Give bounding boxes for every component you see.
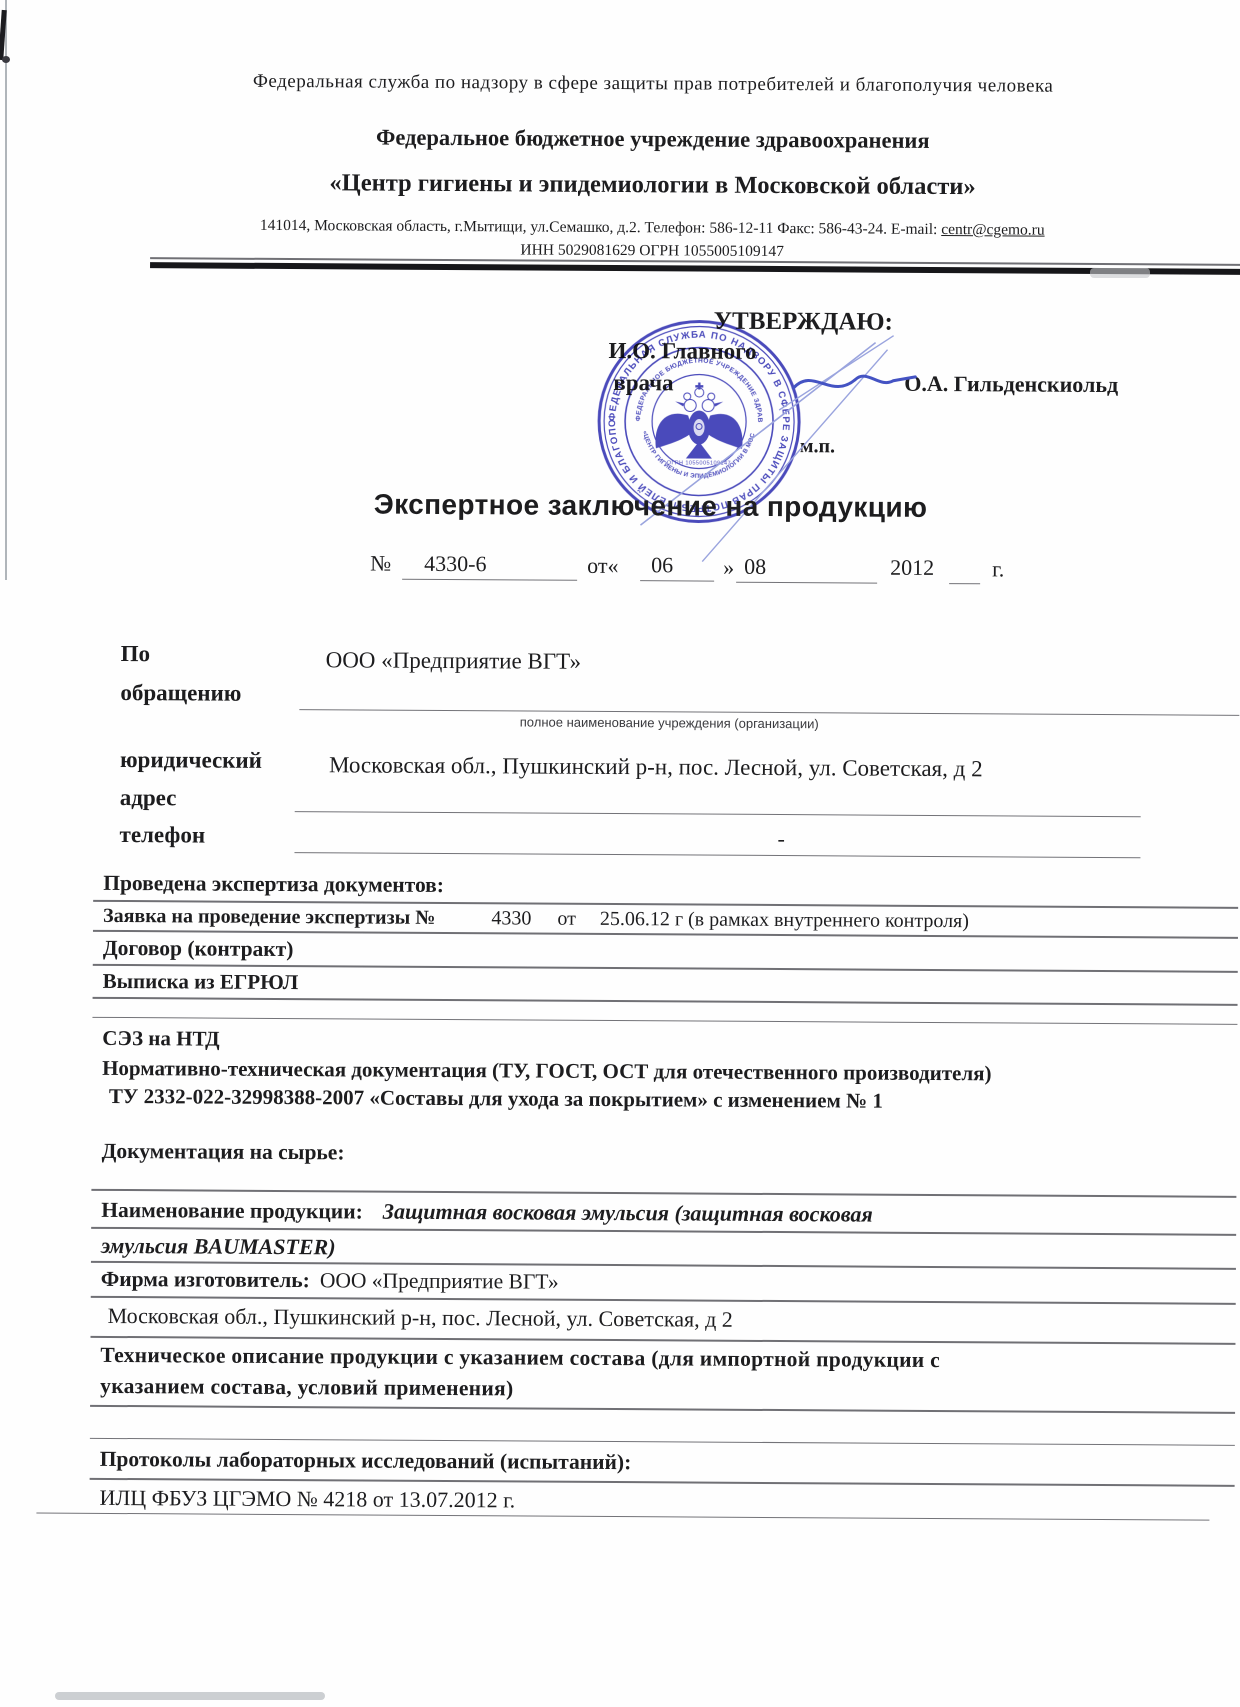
- scanned-document-page: Федеральная служба по надзору в сфере за…: [0, 0, 1240, 1707]
- application-row: Заявка на проведение экспертизы №4330от2…: [103, 905, 969, 934]
- empty-ruled-line-2: [90, 1438, 1235, 1446]
- tech-desc-line2: указанием состава, условий применения): [100, 1374, 513, 1402]
- manufacturer-label: Фирма изготовитель:: [101, 1267, 310, 1292]
- scan-right-streak: [1090, 268, 1150, 278]
- legal-address-label-line2: адрес: [120, 784, 177, 811]
- product-name-row: Наименование продукции:Защитная восковая…: [101, 1197, 873, 1228]
- legal-address-value: Московская обл., Пушкинский р-н, пос. Ле…: [329, 751, 983, 782]
- applicant-caption: полное наименование учреждения (организа…: [469, 714, 869, 732]
- product-name-label: Наименование продукции:: [101, 1198, 363, 1224]
- doc-number-value: 4330-6: [424, 551, 486, 577]
- header-org-type-line: Федеральное бюджетное учреждение здравоо…: [123, 123, 1183, 156]
- applicant-value: ООО «Предприятие ВГТ»: [326, 646, 582, 675]
- tech-desc-underline: [90, 1405, 1235, 1414]
- date-month-value: 08: [744, 554, 766, 580]
- doc-number-underline: [402, 579, 577, 581]
- scan-corner-blob: [2, 56, 10, 63]
- date-quote-close: »: [723, 555, 734, 581]
- header-email: centr@cgemo.ru: [941, 221, 1044, 239]
- phone-label: телефон: [119, 821, 205, 849]
- egrul-row: Выписка из ЕГРЮЛ: [103, 969, 299, 995]
- legal-address-underline: [295, 811, 1141, 817]
- expertise-section-header: Проведена экспертиза документов:: [103, 871, 444, 898]
- sez-row: СЭЗ на НТД: [102, 1026, 219, 1051]
- manufacturer-address: Московская обл., Пушкинский р-н, пос. Ле…: [108, 1303, 733, 1333]
- scan-bottom-smudge: [55, 1692, 325, 1700]
- product-name-line2: эмульсия BAUMASTER): [101, 1233, 336, 1260]
- document-content: Федеральная служба по надзору в сфере за…: [0, 0, 1240, 1707]
- applicant-label-line2: обращению: [120, 679, 241, 707]
- ntd-line2: ТУ 2332-022-32998388-2007 «Составы для у…: [109, 1084, 883, 1113]
- product-row-top-line: [91, 1189, 1236, 1198]
- application-date: 25.06.12 г (в рамках внутреннего контрол…: [600, 908, 969, 932]
- manufacturer-row: Фирма изготовитель:ООО «Предприятие ВГТ»: [101, 1267, 559, 1295]
- date-year-underline: [949, 583, 980, 584]
- phone-value: -: [777, 826, 784, 852]
- doc-number-label: №: [370, 551, 391, 577]
- header-service-line: Федеральная служба по надзору в сфере за…: [123, 70, 1183, 99]
- application-from-label: от: [557, 908, 576, 930]
- applicant-underline: [299, 709, 1239, 716]
- signature-stroke: [560, 303, 992, 596]
- header-org-name-line: «Центр гигиены и эпидемиологии в Московс…: [122, 168, 1182, 203]
- manufacturer-value: ООО «Предприятие ВГТ»: [320, 1268, 559, 1293]
- protocols-header: Протоколы лабораторных исследований (исп…: [100, 1447, 632, 1476]
- applicant-label-line1: По: [121, 640, 151, 667]
- phone-underline: [294, 852, 1140, 858]
- date-year-value: 2012: [890, 555, 934, 581]
- date-day-value: 06: [651, 552, 673, 578]
- scan-edge-line: [5, 0, 7, 580]
- signature-light-stroke-3: [779, 335, 893, 411]
- tech-desc-line1: Техническое описание продукции с указани…: [100, 1343, 940, 1373]
- product-name-line1: Защитная восковая эмульсия (защитная вос…: [383, 1199, 873, 1227]
- egrul-underline: [93, 997, 1238, 1006]
- empty-ruled-line-1: [92, 1017, 1237, 1025]
- protocols-underline: [36, 1513, 1209, 1521]
- application-label: Заявка на проведение экспертизы №: [103, 905, 435, 929]
- protocols-value: ИЛЦ ФБУЗ ЦГЭМО № 4218 от 13.07.2012 г.: [99, 1485, 515, 1513]
- date-year-suffix: г.: [992, 556, 1004, 582]
- date-from-label: от«: [587, 553, 618, 579]
- raw-materials-header: Документация на сырье:: [102, 1139, 345, 1166]
- header-address-line: 141014, Московская область, г.Мытищи, ул…: [122, 216, 1182, 241]
- contract-row: Договор (контракт): [103, 936, 294, 963]
- header-address-text: 141014, Московская область, г.Мытищи, ул…: [260, 217, 941, 238]
- doc-title: Экспертное заключение на продукцию: [300, 487, 1000, 524]
- legal-address-label-line1: юридический: [120, 746, 262, 774]
- application-number: 4330: [491, 907, 531, 929]
- ntd-line1: Нормативно-техническая документация (ТУ,…: [102, 1056, 992, 1086]
